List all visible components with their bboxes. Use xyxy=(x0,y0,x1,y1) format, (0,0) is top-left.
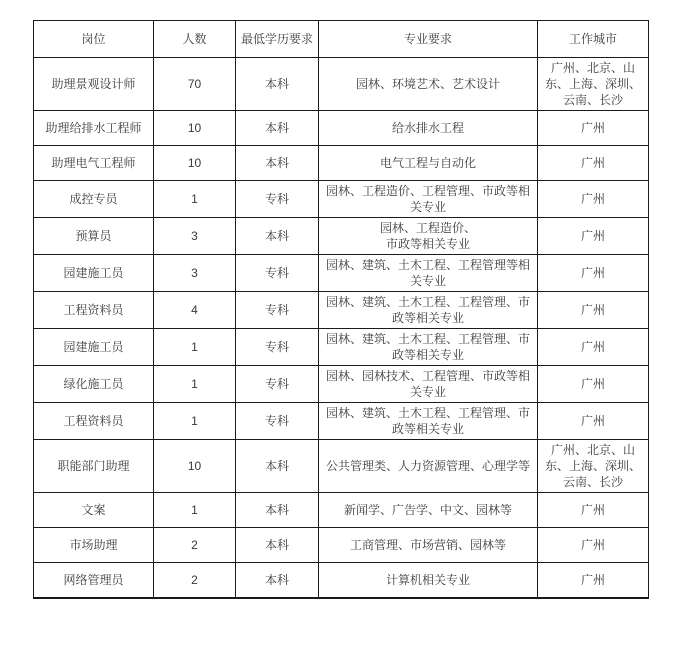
cell-major: 园林、建筑、土木工程、工程管理、市政等相关专业 xyxy=(319,403,538,440)
cell-education: 本科 xyxy=(236,58,319,111)
cell-position: 园建施工员 xyxy=(34,329,154,366)
cell-education: 本科 xyxy=(236,146,319,181)
cell-education: 专科 xyxy=(236,292,319,329)
table-row: 园建施工员3专科园林、建筑、土木工程、工程管理等相关专业广州 xyxy=(34,255,649,292)
cell-major: 园林、工程造价、工程管理、市政等相关专业 xyxy=(319,181,538,218)
cell-city: 广州 xyxy=(538,218,649,255)
cell-count: 2 xyxy=(154,528,236,563)
cell-count: 1 xyxy=(154,181,236,218)
header-city: 工作城市 xyxy=(538,21,649,58)
cell-count: 10 xyxy=(154,111,236,146)
cell-education: 本科 xyxy=(236,218,319,255)
cell-education: 专科 xyxy=(236,255,319,292)
cell-count: 1 xyxy=(154,329,236,366)
cell-education: 本科 xyxy=(236,528,319,563)
cell-city: 广州 xyxy=(538,366,649,403)
cell-count: 1 xyxy=(154,493,236,528)
cell-position: 文案 xyxy=(34,493,154,528)
cell-count: 10 xyxy=(154,440,236,493)
table-row: 助理给排水工程师10本科给水排水工程广州 xyxy=(34,111,649,146)
header-position: 岗位 xyxy=(34,21,154,58)
cell-education: 专科 xyxy=(236,366,319,403)
table-row: 网络管理员2本科计算机相关专业广州 xyxy=(34,563,649,598)
cell-city: 广州、北京、山东、上海、深圳、云南、长沙 xyxy=(538,440,649,493)
cell-education: 专科 xyxy=(236,403,319,440)
table-row: 助理景观设计师70本科园林、环境艺术、艺术设计广州、北京、山东、上海、深圳、云南… xyxy=(34,58,649,111)
table-body: 助理景观设计师70本科园林、环境艺术、艺术设计广州、北京、山东、上海、深圳、云南… xyxy=(34,58,649,598)
cell-major: 园林、建筑、土木工程、工程管理、市政等相关专业 xyxy=(319,329,538,366)
table-row: 预算员3本科园林、工程造价、 市政等相关专业广州 xyxy=(34,218,649,255)
cell-count: 3 xyxy=(154,218,236,255)
cell-major: 给水排水工程 xyxy=(319,111,538,146)
cell-major: 园林、建筑、土木工程、工程管理等相关专业 xyxy=(319,255,538,292)
cell-position: 网络管理员 xyxy=(34,563,154,598)
cell-position: 绿化施工员 xyxy=(34,366,154,403)
cell-education: 本科 xyxy=(236,493,319,528)
cell-education: 本科 xyxy=(236,440,319,493)
cell-major: 园林、环境艺术、艺术设计 xyxy=(319,58,538,111)
cell-city: 广州 xyxy=(538,146,649,181)
job-openings-table: 岗位 人数 最低学历要求 专业要求 工作城市 助理景观设计师70本科园林、环境艺… xyxy=(33,20,649,599)
cell-city: 广州 xyxy=(538,111,649,146)
cell-count: 2 xyxy=(154,563,236,598)
header-count: 人数 xyxy=(154,21,236,58)
cell-education: 本科 xyxy=(236,563,319,598)
cell-count: 4 xyxy=(154,292,236,329)
cell-major: 电气工程与自动化 xyxy=(319,146,538,181)
table-row: 工程资料员1专科园林、建筑、土木工程、工程管理、市政等相关专业广州 xyxy=(34,403,649,440)
cell-city: 广州 xyxy=(538,403,649,440)
cell-city: 广州、北京、山东、上海、深圳、云南、长沙 xyxy=(538,58,649,111)
table-row: 市场助理2本科工商管理、市场营销、园林等广州 xyxy=(34,528,649,563)
cell-major: 园林、建筑、土木工程、工程管理、市政等相关专业 xyxy=(319,292,538,329)
cell-major: 园林、园林技术、工程管理、市政等相关专业 xyxy=(319,366,538,403)
table-header-row: 岗位 人数 最低学历要求 专业要求 工作城市 xyxy=(34,21,649,58)
table-row: 成控专员1专科园林、工程造价、工程管理、市政等相关专业广州 xyxy=(34,181,649,218)
cell-major: 公共管理类、人力资源管理、心理学等 xyxy=(319,440,538,493)
table-row: 职能部门助理10本科公共管理类、人力资源管理、心理学等广州、北京、山东、上海、深… xyxy=(34,440,649,493)
table-row: 绿化施工员1专科园林、园林技术、工程管理、市政等相关专业广州 xyxy=(34,366,649,403)
cell-city: 广州 xyxy=(538,181,649,218)
cell-position: 助理电气工程师 xyxy=(34,146,154,181)
cell-major: 计算机相关专业 xyxy=(319,563,538,598)
cell-major: 园林、工程造价、 市政等相关专业 xyxy=(319,218,538,255)
cell-count: 1 xyxy=(154,366,236,403)
cell-city: 广州 xyxy=(538,329,649,366)
cell-city: 广州 xyxy=(538,255,649,292)
header-major: 专业要求 xyxy=(319,21,538,58)
cell-position: 职能部门助理 xyxy=(34,440,154,493)
cell-education: 专科 xyxy=(236,181,319,218)
cell-position: 园建施工员 xyxy=(34,255,154,292)
cell-education: 专科 xyxy=(236,329,319,366)
cell-count: 3 xyxy=(154,255,236,292)
table-row: 园建施工员1专科园林、建筑、土木工程、工程管理、市政等相关专业广州 xyxy=(34,329,649,366)
cell-education: 本科 xyxy=(236,111,319,146)
cell-position: 助理给排水工程师 xyxy=(34,111,154,146)
cell-major: 新闻学、广告学、中文、园林等 xyxy=(319,493,538,528)
cell-city: 广州 xyxy=(538,493,649,528)
table-row: 助理电气工程师10本科电气工程与自动化广州 xyxy=(34,146,649,181)
table-row: 文案1本科新闻学、广告学、中文、园林等广州 xyxy=(34,493,649,528)
cell-city: 广州 xyxy=(538,528,649,563)
cell-position: 成控专员 xyxy=(34,181,154,218)
table-row: 工程资料员4专科园林、建筑、土木工程、工程管理、市政等相关专业广州 xyxy=(34,292,649,329)
cell-count: 70 xyxy=(154,58,236,111)
cell-position: 市场助理 xyxy=(34,528,154,563)
header-education: 最低学历要求 xyxy=(236,21,319,58)
cell-city: 广州 xyxy=(538,292,649,329)
cell-position: 助理景观设计师 xyxy=(34,58,154,111)
recruitment-table-page: 岗位 人数 最低学历要求 专业要求 工作城市 助理景观设计师70本科园林、环境艺… xyxy=(0,0,678,648)
cell-count: 10 xyxy=(154,146,236,181)
cell-count: 1 xyxy=(154,403,236,440)
cell-position: 工程资料员 xyxy=(34,292,154,329)
cell-position: 工程资料员 xyxy=(34,403,154,440)
cell-position: 预算员 xyxy=(34,218,154,255)
cell-major: 工商管理、市场营销、园林等 xyxy=(319,528,538,563)
cell-city: 广州 xyxy=(538,563,649,598)
